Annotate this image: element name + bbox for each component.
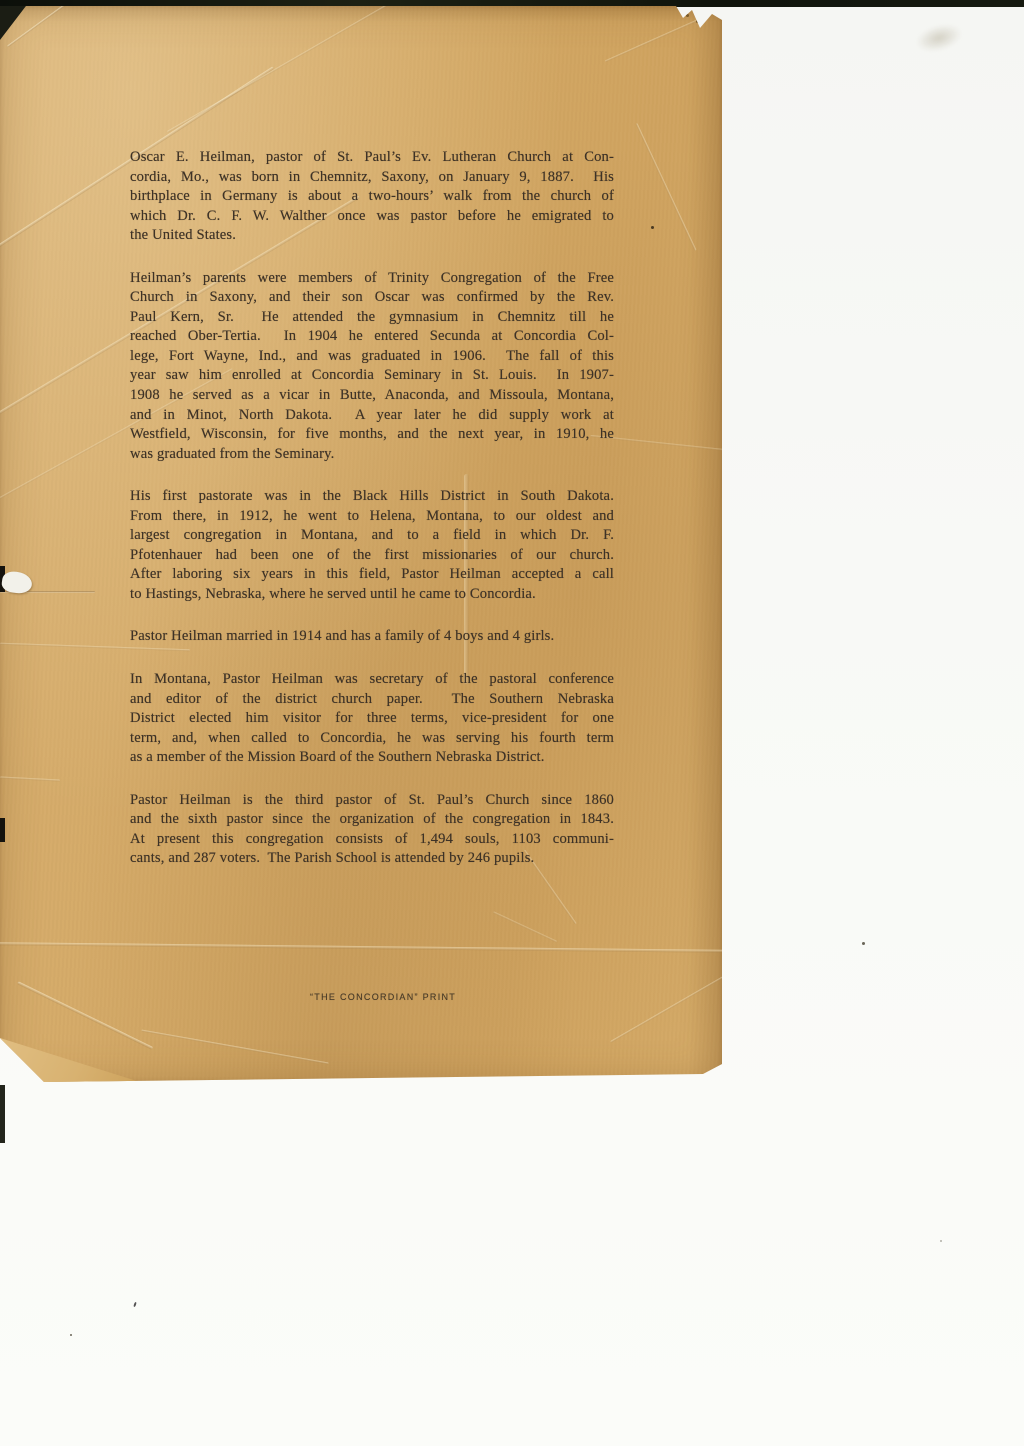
text-line: 1908 he served as a vicar in Butte, Anac… xyxy=(130,386,614,406)
text-line: and the sixth pastor since the organizat… xyxy=(130,810,614,830)
torn-fiber xyxy=(696,20,699,23)
crease-mark xyxy=(141,1030,328,1065)
torn-fiber xyxy=(686,14,689,17)
text-line: which Dr. C. F. W. Walther once was past… xyxy=(130,207,614,227)
text-line: In Montana, Pastor Heilman was secretary… xyxy=(130,670,614,690)
text-line: Pfotenhauer had been one of the first mi… xyxy=(130,546,614,566)
text-line: term, and, when called to Concordia, he … xyxy=(130,729,614,749)
scan-speck xyxy=(133,1302,137,1307)
folded-corner xyxy=(0,1010,140,1082)
text-line: and in Minot, North Dakota. A year later… xyxy=(130,406,614,426)
crease-mark xyxy=(493,911,557,942)
crease-mark xyxy=(167,1,393,133)
paragraph: Oscar E. Heilman, pastor of St. Paul’s E… xyxy=(130,148,614,246)
text-line: Westfield, Wisconsin, for five months, a… xyxy=(130,425,614,445)
scan-speck xyxy=(862,942,865,945)
edge-notch xyxy=(0,818,5,842)
ink-speck xyxy=(651,226,654,229)
crease-mark xyxy=(605,12,715,63)
crease-mark xyxy=(0,776,60,781)
text-line: Pastor Heilman married in 1914 and has a… xyxy=(130,627,614,647)
document-text: Oscar E. Heilman, pastor of St. Paul’s E… xyxy=(130,148,614,892)
scan-speck xyxy=(940,1240,942,1242)
text-line: Heilman’s parents were members of Trinit… xyxy=(130,269,614,289)
text-line: Oscar E. Heilman, pastor of St. Paul’s E… xyxy=(130,148,614,168)
scanner-edge-sliver xyxy=(0,1085,5,1143)
crease-mark xyxy=(610,961,750,1043)
crease-mark xyxy=(636,123,697,251)
text-line: From there, in 1912, he went to Helena, … xyxy=(130,507,614,527)
text-line: Pastor Heilman is the third pastor of St… xyxy=(130,791,614,811)
text-line: as a member of the Mission Board of the … xyxy=(130,748,614,768)
text-line: After laboring six years in this field, … xyxy=(130,565,614,585)
torn-fiber xyxy=(706,11,709,14)
scanned-page: Oscar E. Heilman, pastor of St. Paul’s E… xyxy=(0,6,722,1082)
text-line: lege, Fort Wayne, Ind., and was graduate… xyxy=(130,347,614,367)
text-line: largest congregation in Montana, and to … xyxy=(130,526,614,546)
text-line: cordia, Mo., was born in Chemnitz, Saxon… xyxy=(130,168,614,188)
scan-smudge xyxy=(912,19,965,57)
text-line: year saw him enrolled at Concordia Semin… xyxy=(130,366,614,386)
scan-speck xyxy=(70,1334,72,1336)
scanned-document: Oscar E. Heilman, pastor of St. Paul’s E… xyxy=(0,0,1024,1446)
text-line: to Hastings, Nebraska, where he served u… xyxy=(130,585,614,605)
paragraph: Pastor Heilman married in 1914 and has a… xyxy=(130,627,614,647)
text-line: and editor of the district church paper.… xyxy=(130,690,614,710)
paragraph: His first pastorate was in the Black Hil… xyxy=(130,487,614,604)
text-line: Church in Saxony, and their son Oscar wa… xyxy=(130,288,614,308)
text-line: reached Ober-Tertia. In 1904 he entered … xyxy=(130,327,614,347)
text-line: At present this congregation consists of… xyxy=(130,830,614,850)
text-line: District elected him visitor for three t… xyxy=(130,709,614,729)
text-line: Paul Kern, Sr. He attended the gymnasium… xyxy=(130,308,614,328)
crease-mark xyxy=(17,981,153,1049)
text-line: birthplace in Germany is about a two-hou… xyxy=(130,187,614,207)
text-line: His first pastorate was in the Black Hil… xyxy=(130,487,614,507)
text-line: was graduated from the Seminary. xyxy=(130,445,614,465)
paper-tear xyxy=(1,570,34,595)
scanner-edge-bar xyxy=(0,0,1024,7)
paragraph: Heilman’s parents were members of Trinit… xyxy=(130,269,614,464)
paragraph: In Montana, Pastor Heilman was secretary… xyxy=(130,670,614,768)
text-line: cants, and 287 voters. The Parish School… xyxy=(130,849,614,869)
paragraph: Pastor Heilman is the third pastor of St… xyxy=(130,791,614,869)
crease-mark xyxy=(0,942,735,953)
text-line: the United States. xyxy=(130,226,614,246)
printer-credit: “THE CONCORDIAN” PRINT xyxy=(310,992,456,1002)
